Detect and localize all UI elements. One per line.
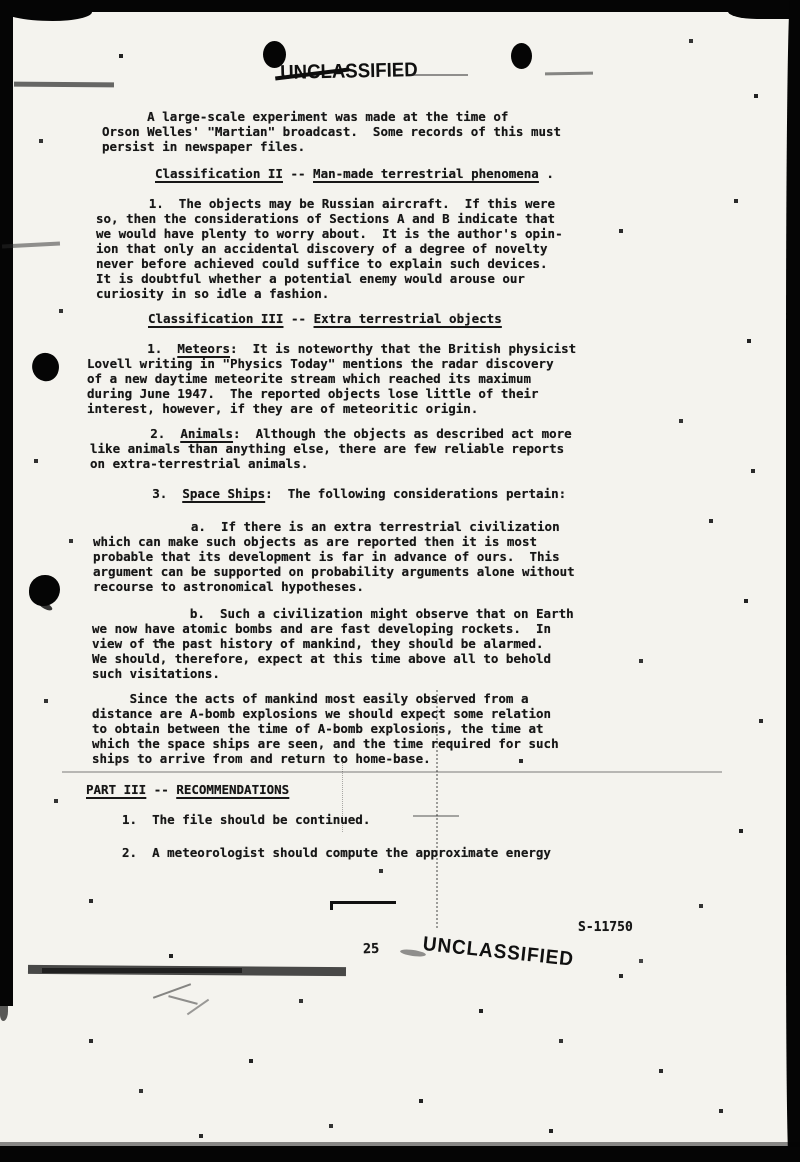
document-scan-page: UNCLASSIFIED UNCLASSIFIED A large-scale … [0, 0, 800, 1162]
item-number: 3. [92, 486, 182, 501]
heading-classification-2-label: Classification II [155, 166, 283, 181]
scan-edge-bottom-fuzz [0, 1142, 800, 1147]
russian-aircraft-paragraph: 1. The objects may be Russian aircraft. … [96, 196, 563, 301]
scan-edge-bottom [0, 1146, 800, 1162]
scan-edge-left-tail [0, 1005, 8, 1021]
item-number: 1. [87, 341, 177, 356]
heading-separator: -- [283, 311, 313, 326]
heading-tail: . [539, 166, 554, 181]
scan-edge-right [786, 0, 800, 1162]
ink-blot-icon [29, 350, 61, 383]
page-number: 25 [363, 942, 380, 958]
scan-edge-left [0, 0, 13, 1006]
scan-mark-line [330, 901, 396, 904]
heading-part-3-title: RECOMMENDATIONS [176, 782, 289, 797]
subitem-b-paragraph: b. Such a civilization might observe tha… [92, 606, 574, 681]
meteors-paragraph: 1. Meteors: It is noteworthy that the Br… [87, 341, 576, 416]
scan-smudge [545, 72, 593, 76]
item-number: 2. [90, 426, 180, 441]
heading-part-3: PART III -- RECOMMENDATIONS [86, 782, 289, 797]
scan-smudge-band [42, 968, 242, 973]
scan-crease-line [62, 771, 722, 773]
document-number: S-11750 [578, 920, 633, 935]
space-ships-text: : The following considerations pertain: [265, 486, 566, 501]
scan-smudge [410, 74, 468, 76]
subitem-a-paragraph: a. If there is an extra terrestrial civi… [93, 519, 575, 594]
heading-classification-3-title: Extra terrestrial objects [314, 311, 502, 326]
unclassified-stamp-top: UNCLASSIFIED [280, 59, 418, 85]
space-ships-term: Space Ships [182, 486, 265, 501]
fold-line [342, 757, 343, 832]
animals-term: Animals [180, 426, 233, 441]
intro-paragraph: A large-scale experiment was made at the… [102, 109, 561, 154]
recommendation-1: 1. The file should be continued. [122, 812, 370, 827]
heading-separator: -- [146, 782, 176, 797]
punch-hole-right-icon [511, 43, 532, 69]
meteors-term: Meteors [177, 341, 230, 356]
scan-speckle-noise [0, 0, 2, 2]
recommendation-2: 2. A meteorologist should compute the ap… [122, 845, 551, 860]
heading-classification-2-title: Man-made terrestrial phenomena [313, 166, 539, 181]
scan-mark-line [330, 901, 333, 910]
scan-smudge [14, 82, 114, 88]
scan-edge-top-left [0, 0, 92, 21]
fold-line [436, 690, 438, 928]
unclassified-stamp-bottom: UNCLASSIFIED [422, 933, 575, 972]
abomb-paragraph: Since the acts of mankind most easily ob… [92, 691, 559, 766]
heading-separator: -- [283, 166, 313, 181]
space-ships-paragraph: 3. Space Ships: The following considerat… [92, 486, 566, 501]
heading-classification-3: Classification III -- Extra terrestrial … [148, 311, 502, 326]
pencil-scribble [168, 995, 197, 1005]
heading-classification-3-label: Classification III [148, 311, 283, 326]
animals-paragraph: 2. Animals: Although the objects as desc… [90, 426, 572, 471]
heading-classification-2: Classification II -- Man-made terrestria… [155, 166, 554, 181]
scan-edge-top [0, 0, 800, 12]
heading-part-3-label: PART III [86, 782, 146, 797]
